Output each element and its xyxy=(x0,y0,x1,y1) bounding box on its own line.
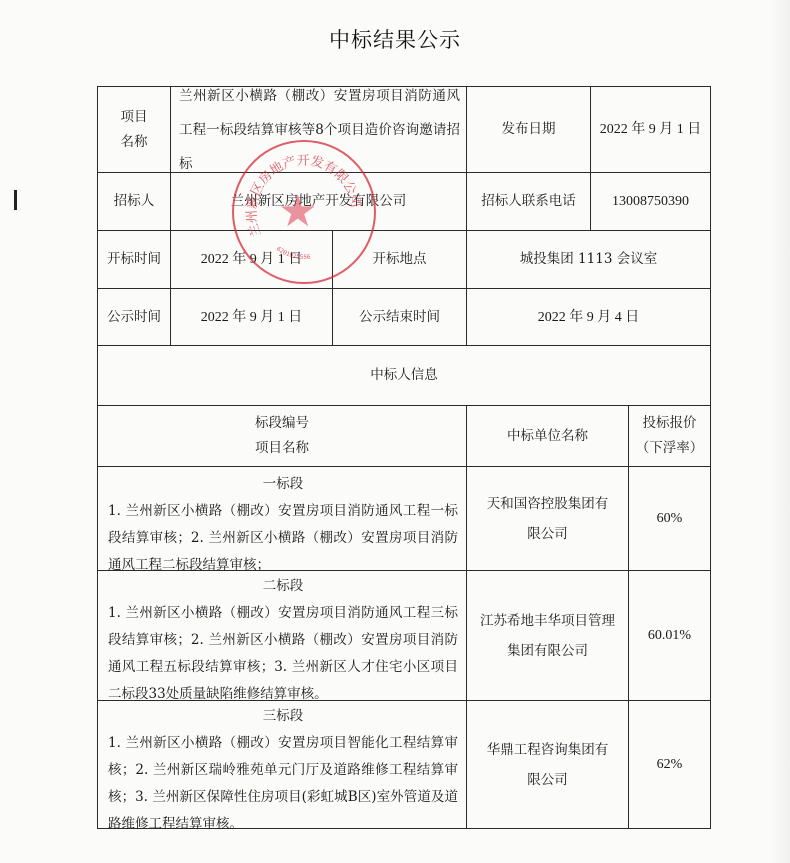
tenderer-value: 兰州新区房地产开发有限公司 xyxy=(170,172,467,231)
lot-description: 1. 兰州新区小横路（棚改）安置房项目智能化工程结算审核；2. 兰州新区瑞岭雅苑… xyxy=(104,730,462,838)
table-row-lot3-bid: 62% xyxy=(628,700,711,829)
publicity-time-value: 2022 年 9 月 1 日 xyxy=(170,288,333,346)
table-row-lot3-winner: 华鼎工程咨询集团有限公司 xyxy=(466,700,629,829)
tenderer-phone-value: 13008750390 xyxy=(590,172,711,231)
table-row-lot3-description: 三标段 1. 兰州新区小横路（棚改）安置房项目智能化工程结算审核；2. 兰州新区… xyxy=(97,700,467,829)
tenderer-label: 招标人 xyxy=(97,172,171,231)
table-row-lot2-winner: 江苏希地丰华项目管理集团有限公司 xyxy=(466,570,629,701)
lot-title: 一标段 xyxy=(104,471,462,498)
opening-time-value: 2022 年 9 月 1 日 xyxy=(170,230,333,289)
column-header-lot: 标段编号 项目名称 xyxy=(97,405,467,467)
publicity-end-label: 公示结束时间 xyxy=(332,288,467,346)
tenderer-phone-label: 招标人联系电话 xyxy=(466,172,591,231)
table-row-lot1-description: 一标段 1. 兰州新区小横路（棚改）安置房项目消防通风工程一标段结算审核；2. … xyxy=(97,466,467,571)
table-row-lot1-winner: 天和国咨控股集团有限公司 xyxy=(466,466,629,571)
opening-place-value: 城投集团 1113 会议室 xyxy=(466,230,711,289)
scan-edge-mark xyxy=(14,190,17,210)
document-title: 中标结果公示 xyxy=(0,24,790,54)
column-header-winner: 中标单位名称 xyxy=(466,405,629,467)
lot-title: 三标段 xyxy=(104,703,462,730)
project-name-value: 兰州新区小横路（棚改）安置房项目消防通风工程一标段结算审核等8个项目造价咨询邀请… xyxy=(170,86,467,173)
publish-date-label: 发布日期 xyxy=(466,86,591,173)
lot-description: 1. 兰州新区小横路（棚改）安置房项目消防通风工程三标段结算审核；2. 兰州新区… xyxy=(104,600,462,708)
table-row-lot1-bid: 60% xyxy=(628,466,711,571)
project-name-label: 项目 名称 xyxy=(97,86,171,173)
scan-shadow xyxy=(770,0,790,863)
column-header-bid: 投标报价 （下浮率） xyxy=(628,405,711,467)
publish-date-value: 2022 年 9 月 1 日 xyxy=(590,86,711,173)
table-row-lot2-bid: 60.01% xyxy=(628,570,711,701)
winner-info-heading: 中标人信息 xyxy=(97,345,711,406)
publicity-end-value: 2022 年 9 月 4 日 xyxy=(466,288,711,346)
opening-place-label: 开标地点 xyxy=(332,230,467,289)
lot-title: 二标段 xyxy=(104,573,462,600)
lot-description: 1. 兰州新区小横路（棚改）安置房项目消防通风工程一标段结算审核；2. 兰州新区… xyxy=(104,498,462,579)
opening-time-label: 开标时间 xyxy=(97,230,171,289)
table-row-lot2-description: 二标段 1. 兰州新区小横路（棚改）安置房项目消防通风工程三标段结算审核；2. … xyxy=(97,570,467,701)
publicity-time-label: 公示时间 xyxy=(97,288,171,346)
